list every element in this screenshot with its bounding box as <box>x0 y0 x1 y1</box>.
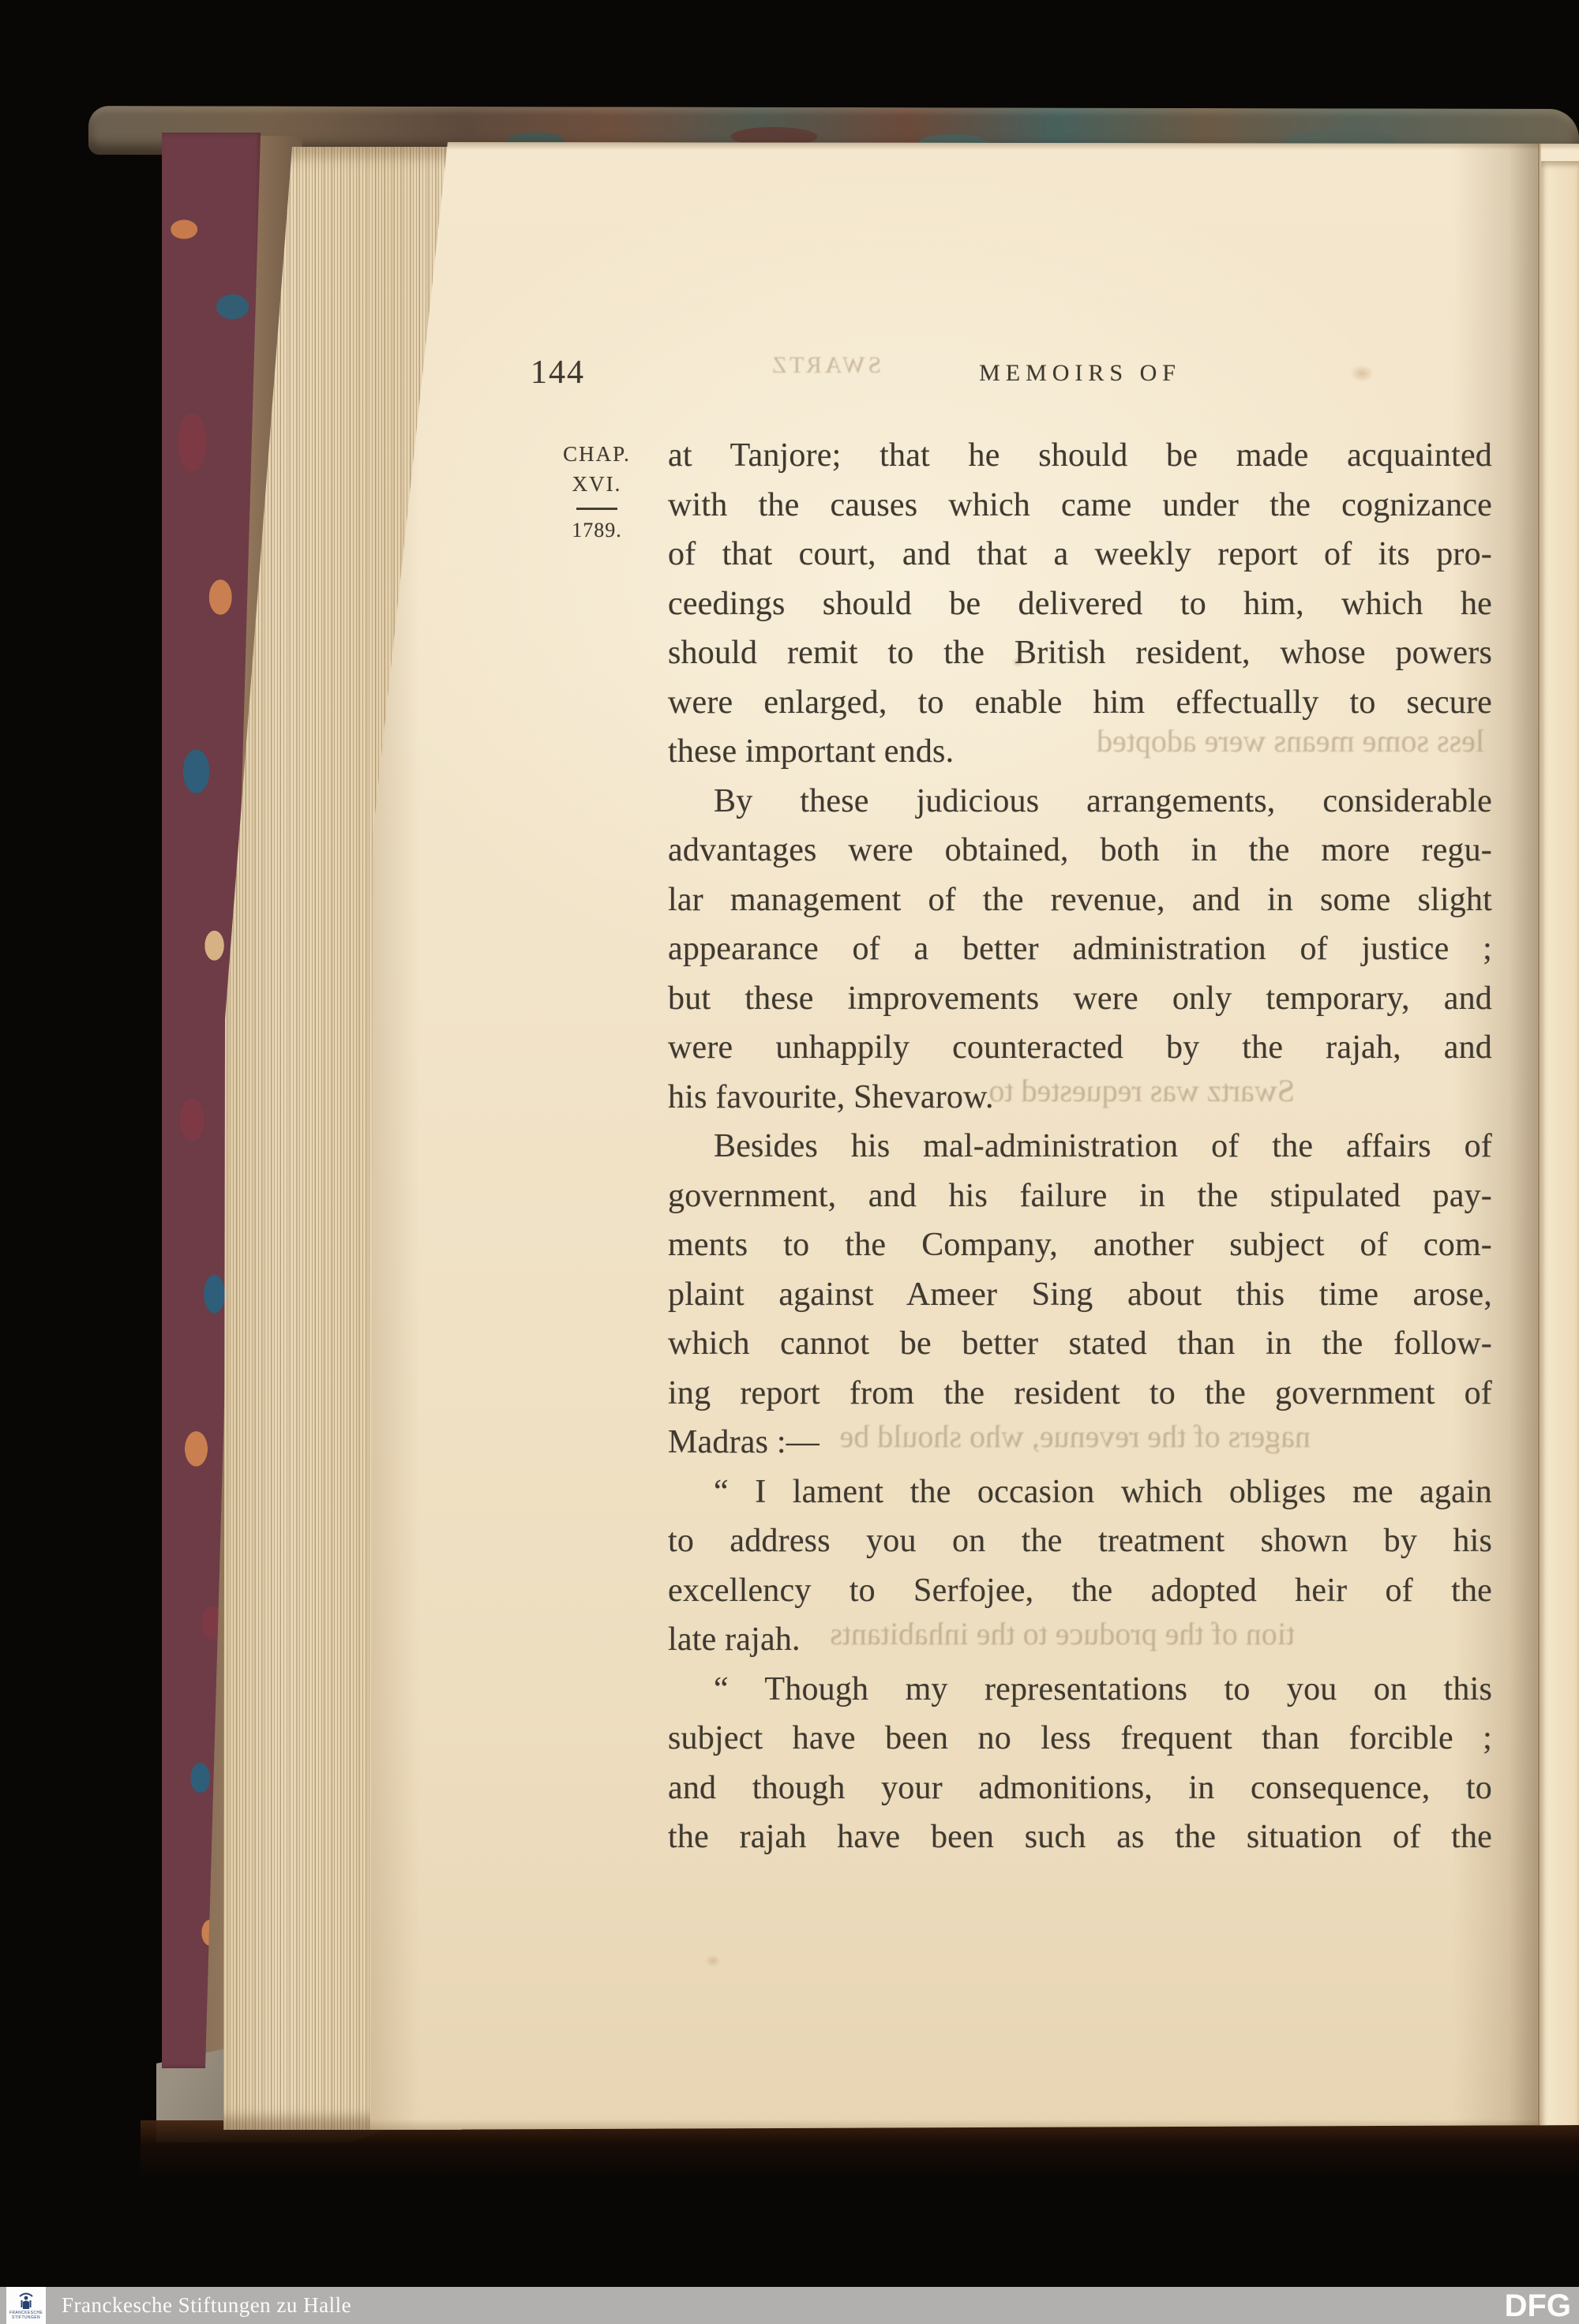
text-line: Madras :— <box>668 1418 1492 1467</box>
text-line: were enlarged, to enable him effectually… <box>668 678 1492 728</box>
chapter-numeral: XVI. <box>550 472 643 497</box>
page-number: 144 <box>531 354 585 392</box>
margin-year: 1789. <box>550 519 643 542</box>
institution-name: Franckesche Stiftungen zu Halle <box>62 2287 351 2324</box>
text-line: were unhappily counteracted by the rajah… <box>668 1023 1492 1073</box>
text-line: By these judicious arrangements, conside… <box>668 777 1492 827</box>
dfg-logo: DFG <box>1505 2287 1571 2324</box>
text-line: “ Though my representations to you on th… <box>668 1665 1492 1715</box>
text-line: of that court, and that a weekly report … <box>668 530 1492 579</box>
text-line: ing report from the resident to the gove… <box>668 1369 1492 1419</box>
text-line: subject have been no less frequent than … <box>668 1714 1492 1764</box>
running-header: MEMOIRS OF <box>668 360 1492 387</box>
text-line: late rajah. <box>668 1615 1492 1665</box>
margin-rule <box>576 508 617 510</box>
institution-logo: FRANCKESCHE STIFTUNGEN <box>6 2287 46 2324</box>
text-line: but these improvements were only tempora… <box>668 974 1492 1024</box>
text-line: the rajah have been such as the situatio… <box>668 1812 1492 1862</box>
francke-statue-icon <box>17 2292 35 2311</box>
text-line: should remit to the British resident, wh… <box>668 628 1492 678</box>
text-line: these important ends. <box>668 727 1492 777</box>
text-line: ceedings should be delivered to him, whi… <box>668 579 1492 629</box>
scanned-book-page-view: 144 MEMOIRS OF SWARTZ CHAP. XVI. 1789. a… <box>0 0 1579 2324</box>
text-line: at Tanjore; that he should be made acqua… <box>668 431 1492 481</box>
text-line: government, and his failure in the stipu… <box>668 1171 1492 1221</box>
text-line: “ I lament the occasion which obliges me… <box>668 1467 1492 1517</box>
text-line: Besides his mal-administration of the af… <box>668 1122 1492 1171</box>
digitization-footer-bar: FRANCKESCHE STIFTUNGEN Franckesche Stift… <box>0 2287 1579 2324</box>
body-text-block: at Tanjore; that he should be made acqua… <box>668 431 1492 1862</box>
text-line: appearance of a better administration of… <box>668 924 1492 974</box>
text-line: ments to the Company, another subject of… <box>668 1220 1492 1270</box>
text-line: plaint against Ameer Sing about this tim… <box>668 1270 1492 1320</box>
logo-text-line2: STIFTUNGEN <box>12 2315 40 2320</box>
text-line: advantages were obtained, both in the mo… <box>668 826 1492 875</box>
text-line: his favourite, Shevarow. <box>668 1073 1492 1123</box>
margin-note: CHAP. XVI. 1789. <box>550 442 643 542</box>
text-line: which cannot be better stated than in th… <box>668 1319 1492 1369</box>
text-line: excellency to Serfojee, the adopted heir… <box>668 1566 1492 1616</box>
foxing-spot <box>705 1955 721 1967</box>
text-line: to address you on the treatment shown by… <box>668 1516 1492 1566</box>
text-line: lar management of the revenue, and in so… <box>668 875 1492 925</box>
chapter-label: CHAP. <box>550 442 643 467</box>
text-line: and though your admonitions, in conseque… <box>668 1764 1492 1813</box>
adjacent-page-sliver <box>1541 161 1579 2128</box>
text-line: with the causes which came under the cog… <box>668 481 1492 530</box>
